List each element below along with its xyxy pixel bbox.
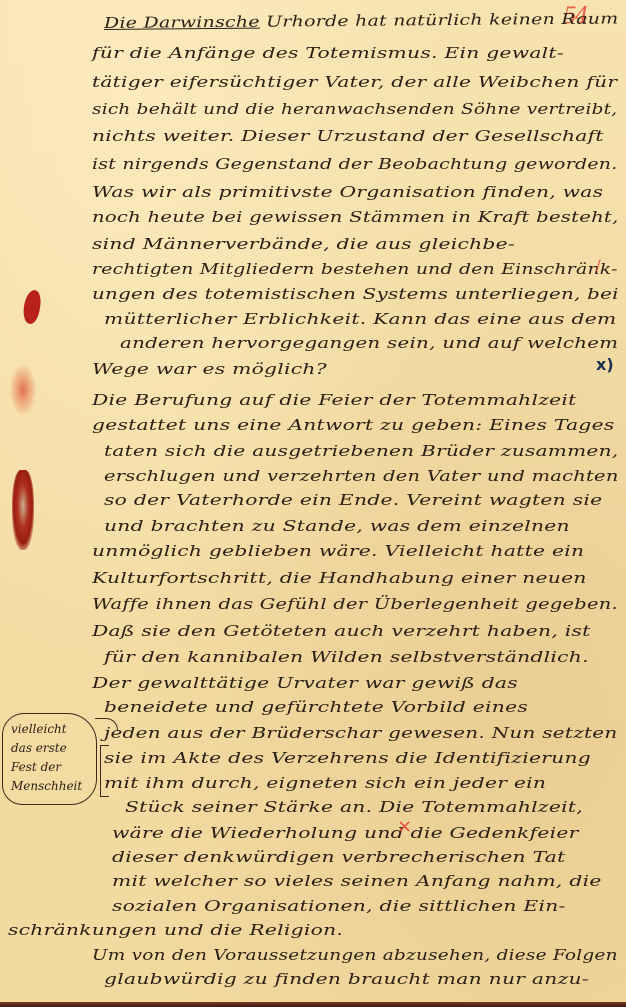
text-line: Daß sie den Getöteten auch verzehrt habe… xyxy=(92,622,591,640)
text-line: Kulturfortschritt, die Handhabung einer … xyxy=(92,569,587,587)
text-line: mütterlicher Erblichkeit. Kann das eine … xyxy=(104,310,616,328)
text-line: beneidete und gefürchtete Vorbild eines xyxy=(104,698,528,716)
red-tick-mark: / xyxy=(596,258,601,274)
text-line: für den kannibalen Wilden selbstverständ… xyxy=(104,648,589,666)
text-line: gestattet uns eine Antwort zu geben: Ein… xyxy=(92,416,615,434)
text-line: nichts weiter. Dieser Urzustand der Gese… xyxy=(92,127,604,145)
text-line: sozialen Organisationen, die sittlichen … xyxy=(112,897,566,915)
text-line: taten sich die ausgetriebenen Brüder zus… xyxy=(104,442,618,460)
text-line: anderen hervorgegangen sein, und auf wel… xyxy=(120,334,618,352)
text-line: Was wir als primitivste Organisation fin… xyxy=(92,183,603,201)
red-x-mark: × xyxy=(397,816,412,837)
margin-note: vielleicht das erste Fest der Menschheit xyxy=(2,713,97,805)
text-line: erschlugen und verzehrten den Vater und … xyxy=(104,467,619,485)
text-line: wäre die Wiederholung und die Gedenkfeie… xyxy=(112,824,579,842)
margin-bracket xyxy=(100,745,109,797)
text-line: und brachten zu Stande, was dem einzelne… xyxy=(104,517,570,535)
text-line: Um von den Voraussetzungen abzusehen, di… xyxy=(92,946,618,964)
text-line: sie im Akte des Verzehrens die Identifiz… xyxy=(104,749,591,767)
text-line: rechtigten Mitgliedern bestehen und den … xyxy=(92,260,618,278)
text-line: für die Anfänge des Totemismus. Ein gewa… xyxy=(92,44,564,62)
text-line: schränkungen und die Religion. xyxy=(8,921,343,939)
margin-note-line: vielleicht xyxy=(11,720,92,739)
text-line: Stück seiner Stärke an. Die Totemmahlzei… xyxy=(125,798,583,816)
text-line: unmöglich geblieben wäre. Vielleicht hat… xyxy=(92,542,584,560)
manuscript-text: Die Darwinsche Urhorde hat natürlich kei… xyxy=(0,0,626,1007)
blue-footnote-mark: x) xyxy=(596,355,614,374)
text-line: mit ihm durch, eigneten sich ein jeder e… xyxy=(104,774,546,792)
text-line: mit welcher so vieles seinen Anfang nahm… xyxy=(112,872,602,890)
text-line: Waffe ihnen das Gefühl der Überlegenheit… xyxy=(92,595,618,613)
underlined-word: Die Darwinsche xyxy=(104,13,260,32)
text-line: ist nirgends Gegenstand der Beobachtung … xyxy=(92,155,618,173)
text-line: tätiger eifersüchtiger Vater, der alle W… xyxy=(92,73,617,91)
text-line: so der Vaterhorde ein Ende. Vereint wagt… xyxy=(104,491,602,509)
text-line: ungen des totemistischen Systems unterli… xyxy=(92,285,619,303)
text-line: jeden aus der Brüderschar gewesen. Nun s… xyxy=(104,724,618,742)
text-line: noch heute bei gewissen Stämmen in Kraft… xyxy=(92,208,619,226)
text-line: sind Männerverbände, die aus gleichbe- xyxy=(92,235,515,253)
page-bottom-edge xyxy=(0,1002,626,1007)
margin-note-line: das erste xyxy=(11,739,92,758)
text-line: glaubwürdig zu finden braucht man nur an… xyxy=(104,970,589,988)
margin-note-line: Menschheit xyxy=(11,777,92,796)
text-line: sich behält und die heranwachsenden Söhn… xyxy=(92,100,617,118)
text-line: Die Berufung auf die Feier der Totemmahl… xyxy=(92,391,577,409)
text-line: dieser denkwürdigen verbrecherischen Tat xyxy=(112,848,566,866)
margin-note-line: Fest der xyxy=(11,758,92,777)
text-line: Wege war es möglich? xyxy=(92,360,327,378)
text-line: Der gewalttätige Urvater war gewiß das xyxy=(92,674,518,692)
manuscript-page: 54 Die Darwinsche Urhorde hat natürlich … xyxy=(0,0,626,1007)
text-line: Die Darwinsche Urhorde hat natürlich kei… xyxy=(104,10,619,32)
